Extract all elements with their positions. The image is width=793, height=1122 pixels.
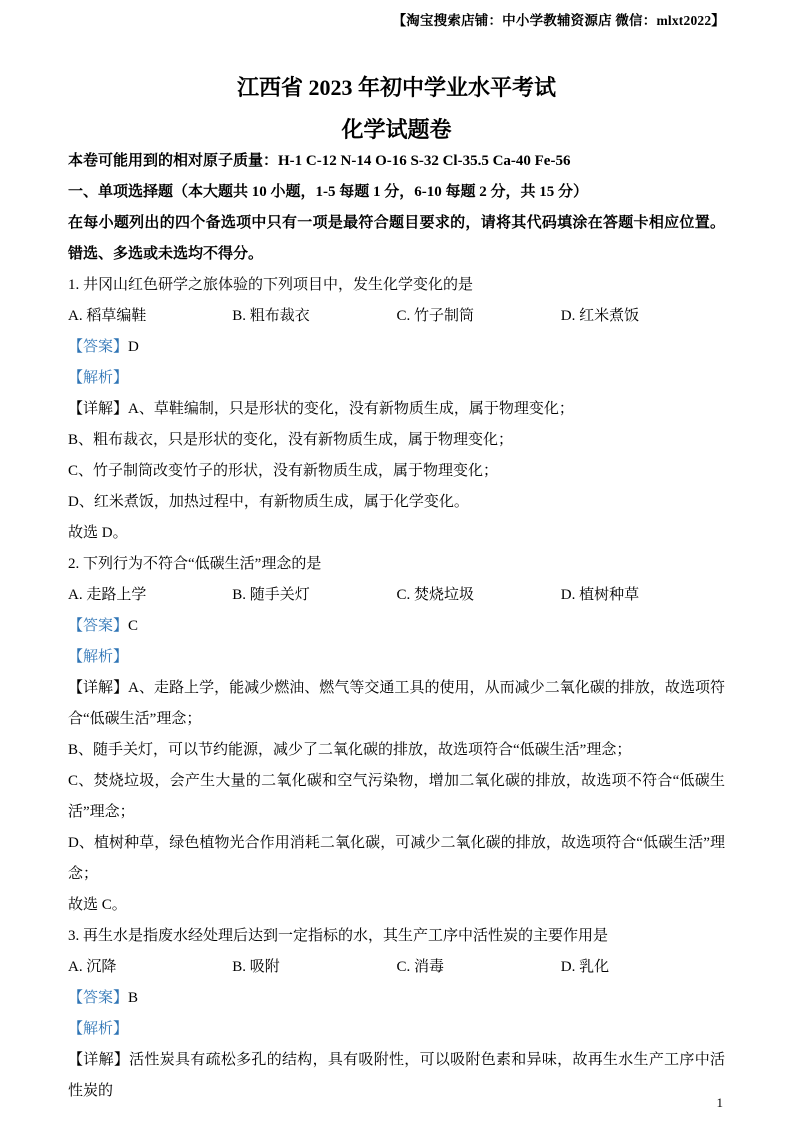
analysis-label: 【解析】 [68, 649, 128, 665]
answer-label: 【答案】 [68, 990, 128, 1006]
answer-label: 【答案】 [68, 339, 128, 355]
question-3-stem: 3. 再生水是指废水经处理后达到一定指标的水，其生产工序中活性炭的主要作用是 [68, 921, 725, 952]
page-subtitle: 化学试题卷 [68, 116, 725, 144]
question-3-detail-1: 【详解】活性炭具有疏松多孔的结构，具有吸附性，可以吸附色素和异味，故再生水生产工… [68, 1045, 725, 1107]
section-heading: 一、单项选择题（本大题共 10 小题，1-5 每题 1 分，6-10 每题 2 … [68, 177, 725, 208]
question-2-stem: 2. 下列行为不符合“低碳生活”理念的是 [68, 549, 725, 580]
document-page: 【淘宝搜索店铺：中小学教辅资源店 微信：mlxt2022】 江西省 2023 年… [0, 0, 793, 1122]
question-1-options: A. 稻草编鞋 B. 粗布裁衣 C. 竹子制筒 D. 红米煮饭 [68, 301, 725, 332]
question-1-option-d: D. 红米煮饭 [561, 301, 725, 332]
question-3-analysis-line: 【解析】 [68, 1014, 725, 1045]
question-2-detail-3: C、焚烧垃圾，会产生大量的二氧化碳和空气污染物，增加二氧化碳的排放，故选项不符合… [68, 766, 725, 828]
question-2-answer-value: C [128, 618, 138, 634]
question-3-option-d: D. 乳化 [561, 952, 725, 983]
answer-label: 【答案】 [68, 618, 128, 634]
question-2-options: A. 走路上学 B. 随手关灯 C. 焚烧垃圾 D. 植树种草 [68, 580, 725, 611]
question-2-option-c: C. 焚烧垃圾 [397, 580, 561, 611]
section-instructions: 在每小题列出的四个备选项中只有一项是最符合题目要求的，请将其代码填涂在答题卡相应… [68, 208, 725, 270]
question-2-option-a: A. 走路上学 [68, 580, 232, 611]
question-1-option-a: A. 稻草编鞋 [68, 301, 232, 332]
page-number: 1 [717, 1095, 724, 1110]
question-3: 3. 再生水是指废水经处理后达到一定指标的水，其生产工序中活性炭的主要作用是 A… [68, 921, 725, 1107]
question-1-analysis-line: 【解析】 [68, 363, 725, 394]
question-1-option-c: C. 竹子制筒 [397, 301, 561, 332]
question-2-detail-1: 【详解】A、走路上学，能减少燃油、燃气等交通工具的使用，从而减少二氧化碳的排放，… [68, 673, 725, 735]
store-header-note: 【淘宝搜索店铺：中小学教辅资源店 微信：mlxt2022】 [393, 9, 725, 29]
question-2-detail-2: B、随手关灯，可以节约能源，减少了二氧化碳的排放，故选项符合“低碳生活”理念； [68, 735, 725, 766]
question-1-detail-1: 【详解】A、草鞋编制，只是形状的变化，没有新物质生成，属于物理变化； [68, 394, 725, 425]
question-3-answer-line: 【答案】B [68, 983, 725, 1014]
question-1-answer-line: 【答案】D [68, 332, 725, 363]
question-1-detail-3: C、竹子制筒改变竹子的形状，没有新物质生成，属于物理变化； [68, 456, 725, 487]
atomic-mass-note: 本卷可能用到的相对原子质量：H-1 C-12 N-14 O-16 S-32 Cl… [68, 146, 725, 177]
question-3-option-a: A. 沉降 [68, 952, 232, 983]
question-1-conclusion: 故选 D。 [68, 518, 725, 549]
question-2: 2. 下列行为不符合“低碳生活”理念的是 A. 走路上学 B. 随手关灯 C. … [68, 549, 725, 921]
question-2-conclusion: 故选 C。 [68, 890, 725, 921]
question-2-analysis-line: 【解析】 [68, 642, 725, 673]
question-3-options: A. 沉降 B. 吸附 C. 消毒 D. 乳化 [68, 952, 725, 983]
question-1: 1. 井冈山红色研学之旅体验的下列项目中，发生化学变化的是 A. 稻草编鞋 B.… [68, 270, 725, 549]
document-content: 江西省 2023 年初中学业水平考试 化学试题卷 本卷可能用到的相对原子质量：H… [0, 0, 793, 1107]
question-2-option-d: D. 植树种草 [561, 580, 725, 611]
question-1-detail-2: B、粗布裁衣，只是形状的变化，没有新物质生成，属于物理变化； [68, 425, 725, 456]
question-1-detail-4: D、红米煮饭，加热过程中，有新物质生成，属于化学变化。 [68, 487, 725, 518]
question-3-option-c: C. 消毒 [397, 952, 561, 983]
page-title: 江西省 2023 年初中学业水平考试 [68, 74, 725, 102]
question-3-option-b: B. 吸附 [232, 952, 396, 983]
question-1-option-b: B. 粗布裁衣 [232, 301, 396, 332]
question-2-detail-4: D、植树种草，绿色植物光合作用消耗二氧化碳，可减少二氧化碳的排放，故选项符合“低… [68, 828, 725, 890]
analysis-label: 【解析】 [68, 370, 128, 386]
question-1-answer-value: D [128, 339, 139, 355]
analysis-label: 【解析】 [68, 1021, 128, 1037]
question-1-stem: 1. 井冈山红色研学之旅体验的下列项目中，发生化学变化的是 [68, 270, 725, 301]
question-2-option-b: B. 随手关灯 [232, 580, 396, 611]
question-2-answer-line: 【答案】C [68, 611, 725, 642]
question-3-answer-value: B [128, 990, 138, 1006]
